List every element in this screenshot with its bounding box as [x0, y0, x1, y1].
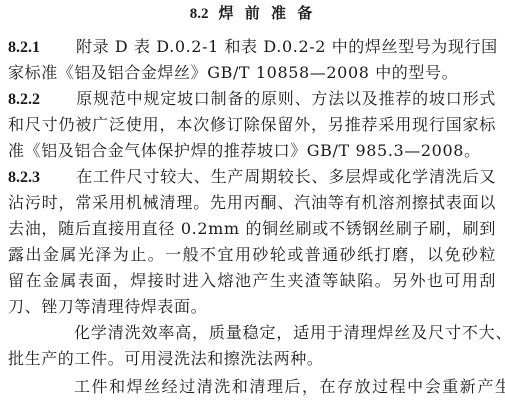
section-heading: 8.2焊 前 准 备	[0, 2, 505, 25]
paragraph-8-2-2-line-3: 准《铝及铝合金气体保护焊的推荐坡口》GB/T 985.3—2008。	[8, 140, 496, 162]
paragraph-8-2-3-line-5: 留在金属表面，焊接时进入熔池产生夹渣等缺陷。另外也可用刮	[8, 270, 496, 292]
text-line: 在工件尺寸较大、生产周期较长、多层焊或化学清洗后又	[76, 167, 496, 186]
text-line: 原规范中规定坡口制备的原则、方法以及推荐的坡口形式	[76, 89, 496, 108]
paragraph-8-2-3-line-6: 刀、锉刀等清理待焊表面。	[8, 296, 496, 318]
paragraph-8-2-3-line-2: 沾污时，常采用机械清理。先用丙酮、汽油等有机溶剂擦拭表面以	[8, 192, 496, 214]
paragraph-8-2-2-line-2: 和尺寸仍被广泛使用，本次修订除保留外，另推荐采用现行国家标	[8, 114, 496, 136]
paragraph-chemical-line-2: 批生产的工件。可用浸洗法和擦洗法两种。	[8, 348, 496, 370]
paragraph-storage-line-1: 工件和焊丝经过清洗和清理后，在存放过程中会重新产生氧	[41, 376, 505, 398]
clause-number: 8.2.1	[8, 37, 76, 59]
clause-number: 8.2.2	[8, 89, 76, 111]
text-line: 附录 D 表 D.0.2-1 和表 D.0.2-2 中的焊丝型号为现行国	[76, 37, 498, 56]
paragraph-8-2-1-line-1: 8.2.1附录 D 表 D.0.2-1 和表 D.0.2-2 中的焊丝型号为现行…	[8, 36, 496, 59]
paragraph-8-2-3-line-1: 8.2.3在工件尺寸较大、生产周期较长、多层焊或化学清洗后又	[8, 166, 496, 189]
clause-number: 8.2.3	[8, 167, 76, 189]
paragraph-8-2-2-line-1: 8.2.2原规范中规定坡口制备的原则、方法以及推荐的坡口形式	[8, 88, 496, 111]
section-number: 8.2	[190, 6, 209, 22]
paragraph-8-2-1-line-2: 家标准《铝及铝合金焊丝》GB/T 10858—2008 中的型号。	[8, 62, 496, 84]
paragraph-8-2-3-line-4: 露出金属光泽为止。一般不宜用砂轮或普通砂纸打磨，以免砂粒	[8, 244, 496, 266]
section-title: 焊 前 准 备	[219, 4, 316, 22]
paragraph-8-2-3-line-3: 去油，随后直接用直径 0.2mm 的铜丝刷或不锈钢丝刷子刷，刷到	[8, 218, 496, 240]
paragraph-chemical-line-1: 化学清洗效率高，质量稳定，适用于清理焊丝及尺寸不大、成	[41, 322, 505, 344]
